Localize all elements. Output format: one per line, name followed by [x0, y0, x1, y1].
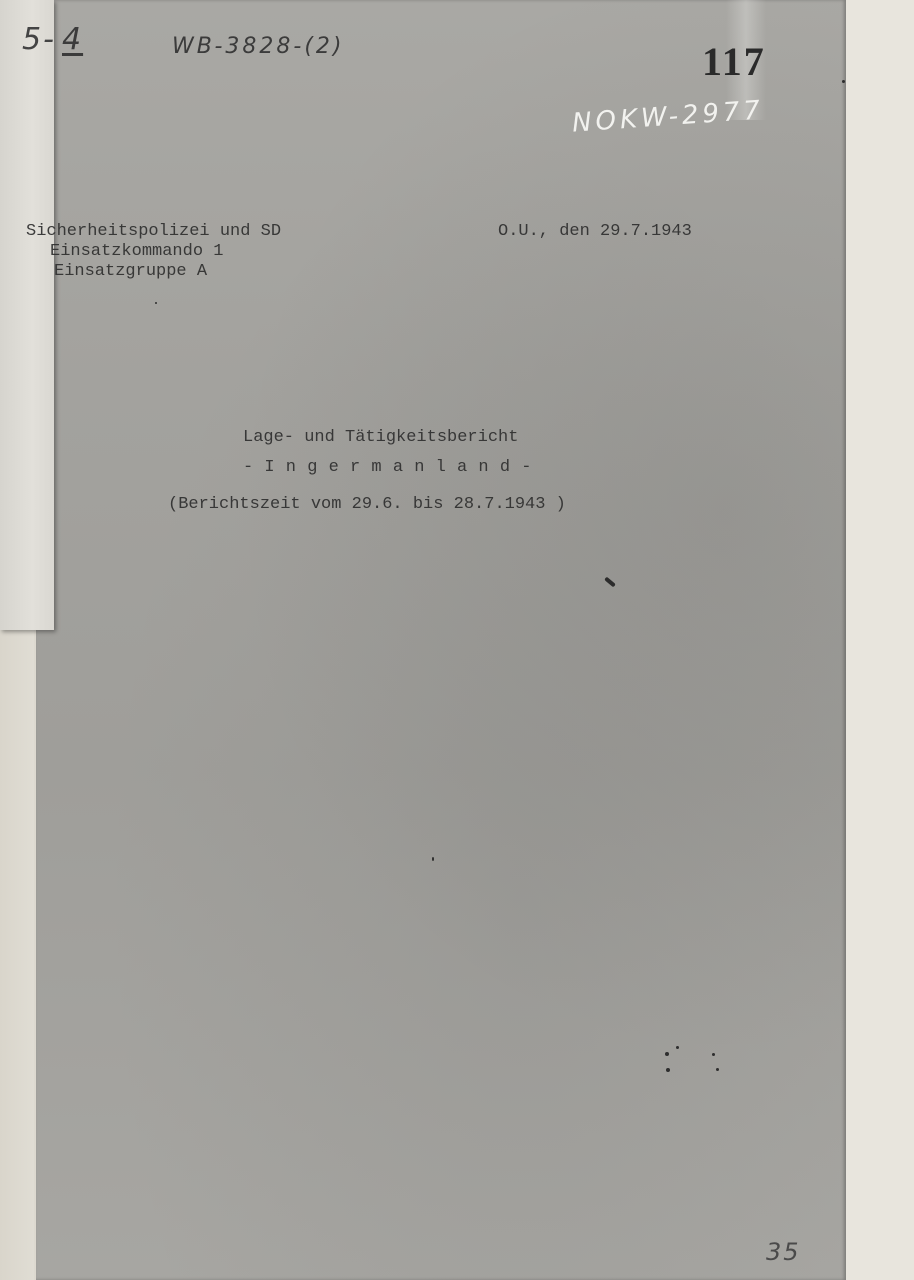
report-title: Lage- und Tätigkeitsbericht [243, 428, 518, 447]
ink-speck [432, 857, 434, 861]
sender-line-3: Einsatzgruppe A [54, 262, 207, 281]
ink-speck [712, 1053, 715, 1056]
archive-reference: WB-3828-(2) [172, 34, 345, 59]
ink-speck [666, 1068, 670, 1072]
ink-speck [842, 80, 845, 83]
ink-speck [155, 302, 157, 304]
margin-code: 4 [62, 22, 83, 57]
document-page [36, 0, 846, 1280]
left-folded-sheet [0, 0, 54, 630]
report-period: (Berichtszeit vom 29.6. bis 28.7.1943 ) [168, 495, 566, 514]
ink-speck [716, 1068, 719, 1071]
sender-line-2: Einsatzkommando 1 [50, 242, 223, 261]
report-region: - I n g e r m a n l a n d - [243, 458, 532, 477]
page-stamp-number: 117 [702, 38, 766, 85]
margin-prefix: 5- [22, 22, 56, 57]
bottom-page-number: 35 [766, 1238, 801, 1266]
place-date: O.U., den 29.7.1943 [498, 222, 692, 241]
left-backing-strip [0, 630, 34, 1280]
ink-speck [676, 1046, 679, 1049]
ink-speck [665, 1052, 669, 1056]
sender-line-1: Sicherheitspolizei und SD [26, 222, 281, 241]
